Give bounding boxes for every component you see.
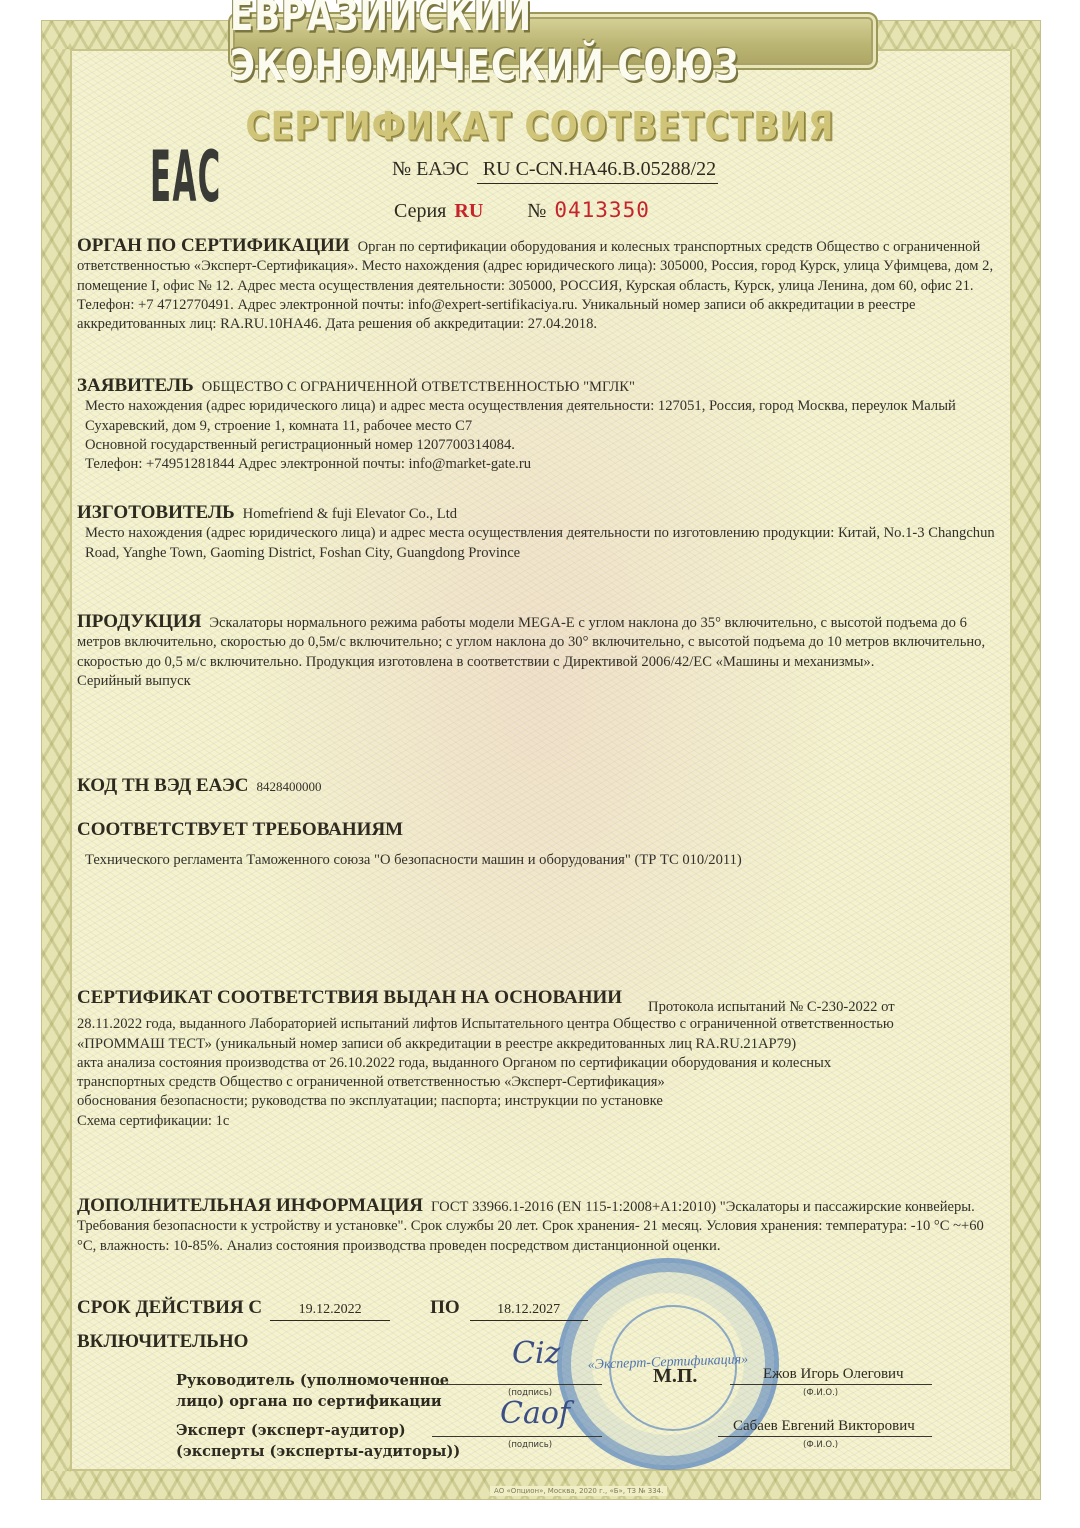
applicant-heading: ЗАЯВИТЕЛЬ (77, 375, 194, 396)
manufacturer-section: ИЗГОТОВИТЕЛЬHomefriend & fuji Elevator C… (77, 503, 998, 563)
head-fio-caption: (Ф.И.О.) (803, 1388, 838, 1398)
hs-code-value: 8428400000 (256, 779, 321, 794)
additional-info-heading: ДОПОЛНИТЕЛЬНАЯ ИНФОРМАЦИЯ (77, 1195, 423, 1216)
applicant-section: ЗАЯВИТЕЛЬОБЩЕСТВО С ОГРАНИЧЕННОЙ ОТВЕТСТ… (77, 376, 998, 474)
certification-body-section: ОРГАН ПО СЕРТИФИКАЦИИОрган по сертификац… (77, 236, 998, 334)
hs-code-heading: КОД ТН ВЭД ЕАЭС (77, 775, 248, 796)
head-label-line-2: лицо) органа по сертификации (176, 1391, 449, 1412)
compliance-heading: СООТВЕТСТВУЕТ ТРЕБОВАНИЯМ (77, 819, 403, 840)
printer-note: АО «Опцион», Москва, 2020 г., «Б», ТЗ № … (490, 1486, 667, 1496)
product-section: ПРОДУКЦИЯЭскалаторы нормального режима р… (77, 612, 998, 691)
certification-body-heading: ОРГАН ПО СЕРТИФИКАЦИИ (77, 235, 350, 256)
additional-info-section: ДОПОЛНИТЕЛЬНАЯ ИНФОРМАЦИЯГОСТ 33966.1-20… (77, 1196, 998, 1256)
expert-name-line (718, 1436, 932, 1437)
validity-to-date: 18.12.2027 (470, 1302, 588, 1321)
series-number: 0413350 (554, 198, 650, 222)
registration-number: RU C-CN.HA46.B.05288/22 (477, 158, 718, 184)
basis-line: акта анализа состояния производства от 2… (77, 1054, 998, 1073)
eac-logo-icon: EAC (150, 137, 222, 219)
registration-number-line: № ЕАЭС RU C-CN.HA46.B.05288/22 (392, 158, 718, 184)
certification-body-stamp-icon: «Эксперт-Сертификация» (557, 1258, 779, 1470)
expert-signature-line (432, 1436, 602, 1437)
validity-from-date: 19.12.2022 (270, 1302, 390, 1321)
applicant-address: Место нахождения (адрес юридического лиц… (77, 397, 998, 436)
series-code: RU (454, 200, 483, 223)
head-signature-line (432, 1384, 602, 1385)
applicant-contacts: Телефон: +74951281844 Адрес электронной … (77, 455, 998, 474)
basis-line: 28.11.2022 года, выданного Лабораторией … (77, 1015, 998, 1034)
basis-line: «ПРОММАШ ТЕСТ» (уникальный номер записи … (77, 1035, 998, 1054)
manufacturer-name: Homefriend & fuji Elevator Co., Ltd (243, 506, 457, 522)
expert-label-line-2: (эксперты (эксперты-аудиторы)) (176, 1441, 460, 1462)
basis-section: СЕРТИФИКАТ СООТВЕТСТВИЯ ВЫДАН НА ОСНОВАН… (77, 988, 998, 1131)
series-label: Серия (394, 200, 446, 223)
union-title-plate: ЕВРАЗИЙСКИЙ ЭКОНОМИЧЕСКИЙ СОЮЗ (228, 12, 878, 70)
head-name-line (730, 1384, 932, 1385)
validity-to-label: ПО (430, 1297, 460, 1319)
basis-line: обоснования безопасности; руководства по… (77, 1092, 998, 1111)
product-production-type: Серийный выпуск (77, 672, 998, 691)
registration-prefix: № ЕАЭС (392, 158, 469, 181)
compliance-text: Технического регламента Таможенного союз… (77, 851, 998, 870)
applicant-ogrn: Основной государственный регистрационный… (77, 436, 998, 455)
head-signatory-label: Руководитель (уполномоченное лицо) орган… (176, 1370, 449, 1412)
expert-signature: Caof (500, 1396, 570, 1431)
validity-from-label: СРОК ДЕЙСТВИЯ С (77, 1297, 262, 1319)
product-description: Эскалаторы нормального режима работы мод… (77, 615, 985, 670)
applicant-name: ОБЩЕСТВО С ОГРАНИЧЕННОЙ ОТВЕТСТВЕННОСТЬЮ… (202, 379, 635, 395)
head-signature: Ciz (512, 1336, 560, 1371)
expert-label-line-1: Эксперт (эксперт-аудитор) (176, 1420, 460, 1441)
series-line: Серия RU № 0413350 (394, 198, 650, 223)
expert-signature-caption: (подпись) (508, 1440, 552, 1450)
head-name: Ежов Игорь Олегович (763, 1366, 904, 1383)
manufacturer-address: Место нахождения (адрес юридического лиц… (77, 524, 998, 563)
expert-fio-caption: (Ф.И.О.) (803, 1440, 838, 1450)
basis-first-line: Протокола испытаний № С-230-2022 от (648, 999, 895, 1015)
product-heading: ПРОДУКЦИЯ (77, 611, 201, 632)
expert-name: Сабаев Евгений Викторович (733, 1418, 915, 1435)
basis-line: транспортных средств Общество с ограниче… (77, 1073, 998, 1092)
head-label-line-1: Руководитель (уполномоченное (176, 1370, 449, 1391)
compliance-section: СООТВЕТСТВУЕТ ТРЕБОВАНИЯМ Технического р… (77, 820, 998, 871)
series-number-label: № (527, 200, 546, 223)
manufacturer-heading: ИЗГОТОВИТЕЛЬ (77, 502, 235, 523)
basis-heading: СЕРТИФИКАТ СООТВЕТСТВИЯ ВЫДАН НА ОСНОВАН… (77, 987, 622, 1008)
union-title: ЕВРАЗИЙСКИЙ ЭКОНОМИЧЕСКИЙ СОЮЗ (230, 0, 876, 91)
expert-signatory-label: Эксперт (эксперт-аудитор) (эксперты (экс… (176, 1420, 460, 1462)
seal-label: М.П. (653, 1365, 697, 1388)
basis-line: Схема сертификации: 1с (77, 1112, 998, 1131)
hs-code-section: КОД ТН ВЭД ЕАЭС8428400000 (77, 776, 998, 797)
